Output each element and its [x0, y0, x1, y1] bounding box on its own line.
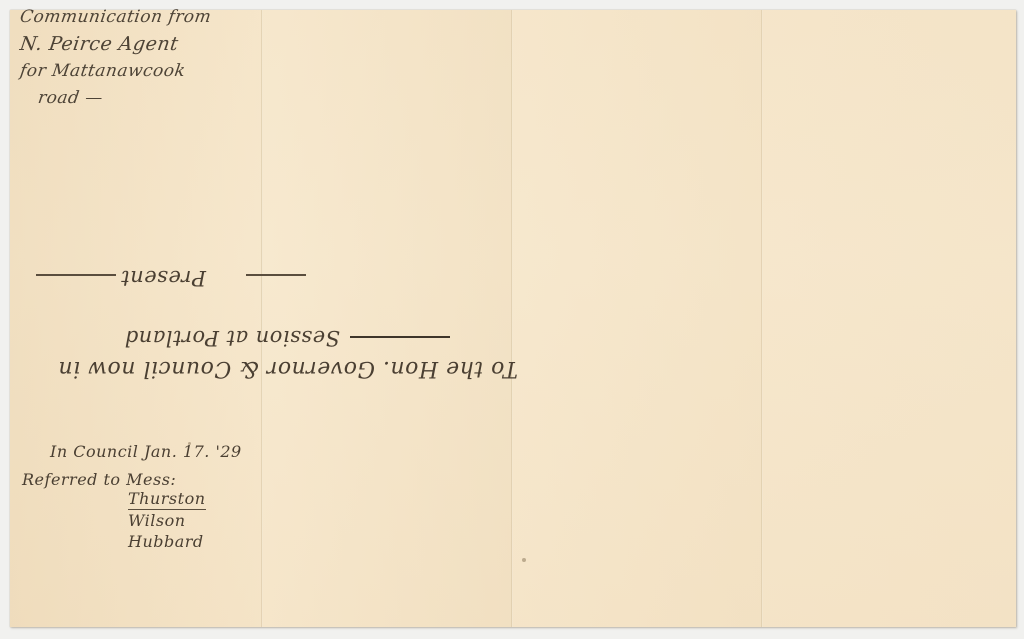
docket-line: Communication from [18, 4, 213, 31]
flourish-rule [350, 336, 450, 338]
address-line-1: To the Hon. Governor & Council now in [58, 356, 518, 381]
committee-name: Thurston [128, 488, 206, 510]
referred-to: Referred to Mess: [22, 470, 176, 489]
document-sheet: Communication from N. Peirce Agent for M… [10, 10, 1016, 627]
docket-line: for Mattanawcook [18, 58, 213, 85]
address-present: Present [36, 258, 306, 292]
address-line-3: Present [121, 266, 206, 290]
fold-line [511, 10, 513, 627]
ink-spot [188, 442, 191, 445]
docket-line: road — [18, 85, 213, 112]
docket-line: N. Peirce Agent [18, 31, 213, 58]
address-session: Session at Portland [120, 316, 450, 352]
docket-note: Communication from N. Peirce Agent for M… [20, 4, 211, 112]
panel-4 [762, 10, 1016, 627]
panel-3 [512, 10, 762, 627]
committee-names: Thurston Wilson Hubbard [128, 488, 206, 552]
committee-name: Hubbard [128, 531, 206, 552]
address-line-2: Session at Portland [124, 326, 340, 350]
flourish-rule [246, 275, 306, 277]
flourish-rule [36, 275, 116, 277]
council-endorsement: In Council Jan. 17. '29 [50, 442, 242, 461]
committee-name: Wilson [128, 510, 206, 531]
ink-spot [522, 558, 526, 562]
fold-line [761, 10, 763, 627]
